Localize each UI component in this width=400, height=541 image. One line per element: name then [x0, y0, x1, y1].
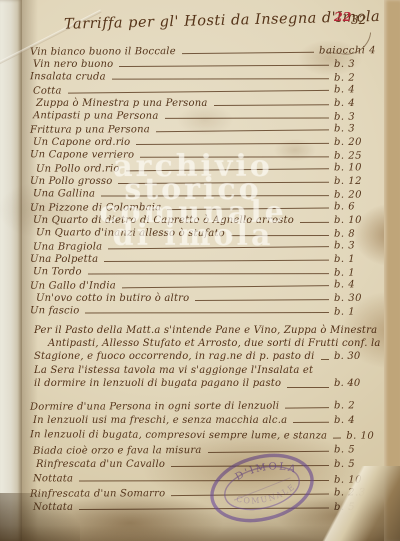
item-price: b. 3 — [334, 123, 376, 134]
leader-line — [119, 65, 329, 67]
item-label: Un Capone verriero — [30, 149, 134, 160]
page-block-edge — [384, 0, 400, 541]
tariff-row: Vin bianco buono il Boccalebaiocchi 4 — [30, 43, 376, 58]
item-price: b. 1 — [334, 254, 376, 265]
item-label: Un Pollo ord.rio — [30, 163, 120, 174]
item-price: b. 40 — [334, 378, 376, 391]
item-label: Un'ovo cotto in butiro ò altro — [30, 293, 189, 304]
item-label: Nottata — [30, 502, 73, 513]
tariff-row: Un Pizzone di Colombaiab. 6 — [30, 199, 376, 214]
book-gutter-edge — [0, 0, 22, 541]
item-price: b. 5 — [334, 459, 376, 470]
item-price: b. 20 — [334, 137, 376, 148]
item-price: baiocchi 4 — [319, 45, 376, 56]
leader-line — [118, 182, 329, 184]
leader-line — [79, 507, 329, 510]
leader-line — [287, 387, 329, 388]
item-label: Cotta — [30, 86, 62, 97]
tariff-row: Un Gallo d'Indiab. 4 — [30, 277, 376, 292]
item-price: b. 3 — [334, 59, 376, 70]
item-price: b. 4 — [334, 415, 376, 426]
leader-line — [182, 52, 314, 54]
item-label: Frittura p una Persona — [30, 124, 150, 136]
item-price: b. 5 — [334, 502, 376, 513]
item-label: Vin bianco buono il Boccale — [30, 46, 176, 58]
tariff-row: Rinfrescata d'un Cavallob. 5 — [30, 455, 376, 470]
leader-line — [126, 168, 329, 171]
tariff-row: Un Capone ord.riob. 20 — [30, 135, 376, 148]
item-label: Antipasti p una Persona — [30, 110, 159, 122]
item-price: b. 2 — [334, 400, 376, 411]
item-label: Un Tordo — [30, 266, 82, 277]
leader-line — [122, 285, 329, 288]
tariff-row: Un fasciob. 1 — [30, 303, 376, 318]
leader-line — [156, 129, 329, 132]
item-label: Insalata cruda — [30, 71, 106, 82]
item-label: Un Quarto di dietro di Capretto ò Agnell… — [30, 215, 294, 226]
tariff-row: Un'ovo cotto in butiro ò altrob. 30 — [30, 291, 376, 304]
item-label: Un Pizzone di Colombaia — [30, 202, 161, 214]
leader-line — [68, 90, 329, 94]
leader-line — [79, 479, 329, 480]
leader-line — [300, 222, 329, 223]
leader-line — [167, 207, 329, 210]
tariff-row: Un Pollo grossob. 12 — [30, 174, 376, 187]
paragraph-line: Stagione, e fuoco occorrendo, in rag.ne … — [34, 351, 376, 364]
tariff-row: Nottatab. 10 — [30, 469, 376, 485]
item-price: b. 2.3 — [334, 487, 376, 498]
item-price: b. 4 — [334, 98, 376, 109]
leader-line — [112, 78, 329, 79]
leader-line — [136, 143, 329, 145]
tariff-row: Una Polpettab. 1 — [30, 252, 376, 265]
tariff-row: Rinfrescata d'un Somarrob. 2.3 — [30, 483, 376, 499]
leader-line — [293, 422, 329, 423]
leader-line — [164, 118, 328, 119]
leader-line — [208, 450, 329, 452]
manuscript-photo: Tarriffa per gl' Hosti da Insegna d'Imol… — [0, 0, 400, 541]
tariff-row: Una Bragiolab. 3 — [30, 238, 376, 253]
item-price: b. 3 — [334, 240, 376, 251]
item-label: Un fascio — [30, 305, 80, 316]
item-label: In lenzuoli di bugata, compresovi sempre… — [30, 429, 327, 441]
item-price: b. 1 — [334, 307, 376, 318]
item-label: In lenzuoli usi ma freschi, e senza macc… — [30, 415, 287, 426]
leader-line — [171, 465, 329, 467]
item-price: b. 12 — [334, 176, 376, 187]
folio-number-brown: 32 — [351, 13, 366, 27]
tariff-row: In lenzuoli di bugata, compresovi sempre… — [30, 425, 376, 441]
evening-meal-paragraph: La Sera l'istessa tavola ma vi s'aggiong… — [34, 365, 376, 391]
leader-line — [285, 407, 329, 408]
paragraph-text: il dormire in lenzuoli di bugata pagano … — [34, 378, 281, 391]
leader-line — [321, 359, 330, 360]
item-label: Rinfrescata d'un Somarro — [30, 488, 165, 500]
item-label: Una Gallina — [30, 188, 95, 199]
item-price: b. 10 — [334, 162, 376, 173]
leader-line — [88, 273, 329, 274]
tariff-row: Un Quarto di dietro di Capretto ò Agnell… — [30, 213, 376, 226]
item-label: Zuppa ò Minestra p una Persona — [30, 98, 208, 109]
item-label: Nottata — [30, 472, 73, 483]
item-price: b. 30 — [334, 293, 376, 304]
tariff-row: Cottab. 4 — [30, 82, 376, 97]
folio-number-red: 22 — [334, 9, 351, 24]
leader-line — [333, 437, 341, 438]
item-label: Dormire d'una Persona in ogni sorte di l… — [30, 400, 279, 412]
item-price: b. 10 — [334, 215, 376, 226]
paragraph-line: La Sera l'istessa tavola ma vi s'aggiong… — [34, 365, 376, 378]
item-label: Una Bragiola — [30, 241, 102, 252]
tariff-row: Nottatab. 5 — [30, 499, 376, 514]
item-label: Biada cioè orzo e fava la misura — [30, 444, 202, 456]
item-price: b. 6 — [334, 201, 376, 212]
tariff-row: Un Pollo ord.riob. 10 — [30, 160, 376, 175]
leader-line — [101, 195, 329, 196]
leader-line — [108, 246, 329, 249]
paragraph-text: Stagione, e fuoco occorrendo, in rag.ne … — [34, 351, 315, 364]
item-label: Un Gallo d'India — [30, 280, 116, 291]
morning-meal-paragraph: Per il Pasto della Matt.a s'intende Pane… — [34, 325, 376, 363]
leader-line — [85, 312, 329, 313]
leader-line — [171, 493, 329, 496]
item-price: b. 4 — [334, 279, 376, 290]
leader-line — [214, 104, 329, 106]
paragraph-line: Antipasti, Allesso Stufato et Arrosto, d… — [34, 338, 376, 351]
leader-line — [231, 235, 329, 236]
item-price: b. 30 — [334, 351, 376, 364]
tariff-list: Vin bianco buono il Boccalebaiocchi 4Vin… — [30, 44, 376, 317]
item-price: b. 5 — [334, 443, 376, 454]
tariff-row: Frittura p una Personab. 3 — [30, 121, 376, 136]
leader-line — [195, 299, 329, 301]
tariff-row: Biada cioè orzo e fava la misurab. 5 — [30, 440, 376, 456]
leader-line — [104, 260, 329, 262]
paragraph-line: il dormire in lenzuoli di bugata pagano … — [34, 378, 376, 391]
tariff-row: Vin nero buonob. 3 — [30, 57, 376, 70]
item-label: Rinfrescata d'un Cavallo — [30, 459, 165, 470]
tariff-row: In lenzuoli usi ma freschi, e senza macc… — [30, 412, 376, 427]
tariff-row: Dormire d'una Persona in ogni sorte di l… — [30, 396, 376, 412]
leader-line — [140, 156, 329, 157]
paragraph-line: Per il Pasto della Matt.a s'intende Pane… — [34, 325, 376, 338]
tariff-row: Zuppa ò Minestra p una Personab. 4 — [30, 96, 376, 109]
item-price: b. 4 — [334, 84, 376, 95]
item-label: Un Quarto d'inanzi allesso ò stufato — [30, 227, 225, 239]
lodging-list: Dormire d'una Persona in ogni sorte di l… — [30, 397, 376, 513]
